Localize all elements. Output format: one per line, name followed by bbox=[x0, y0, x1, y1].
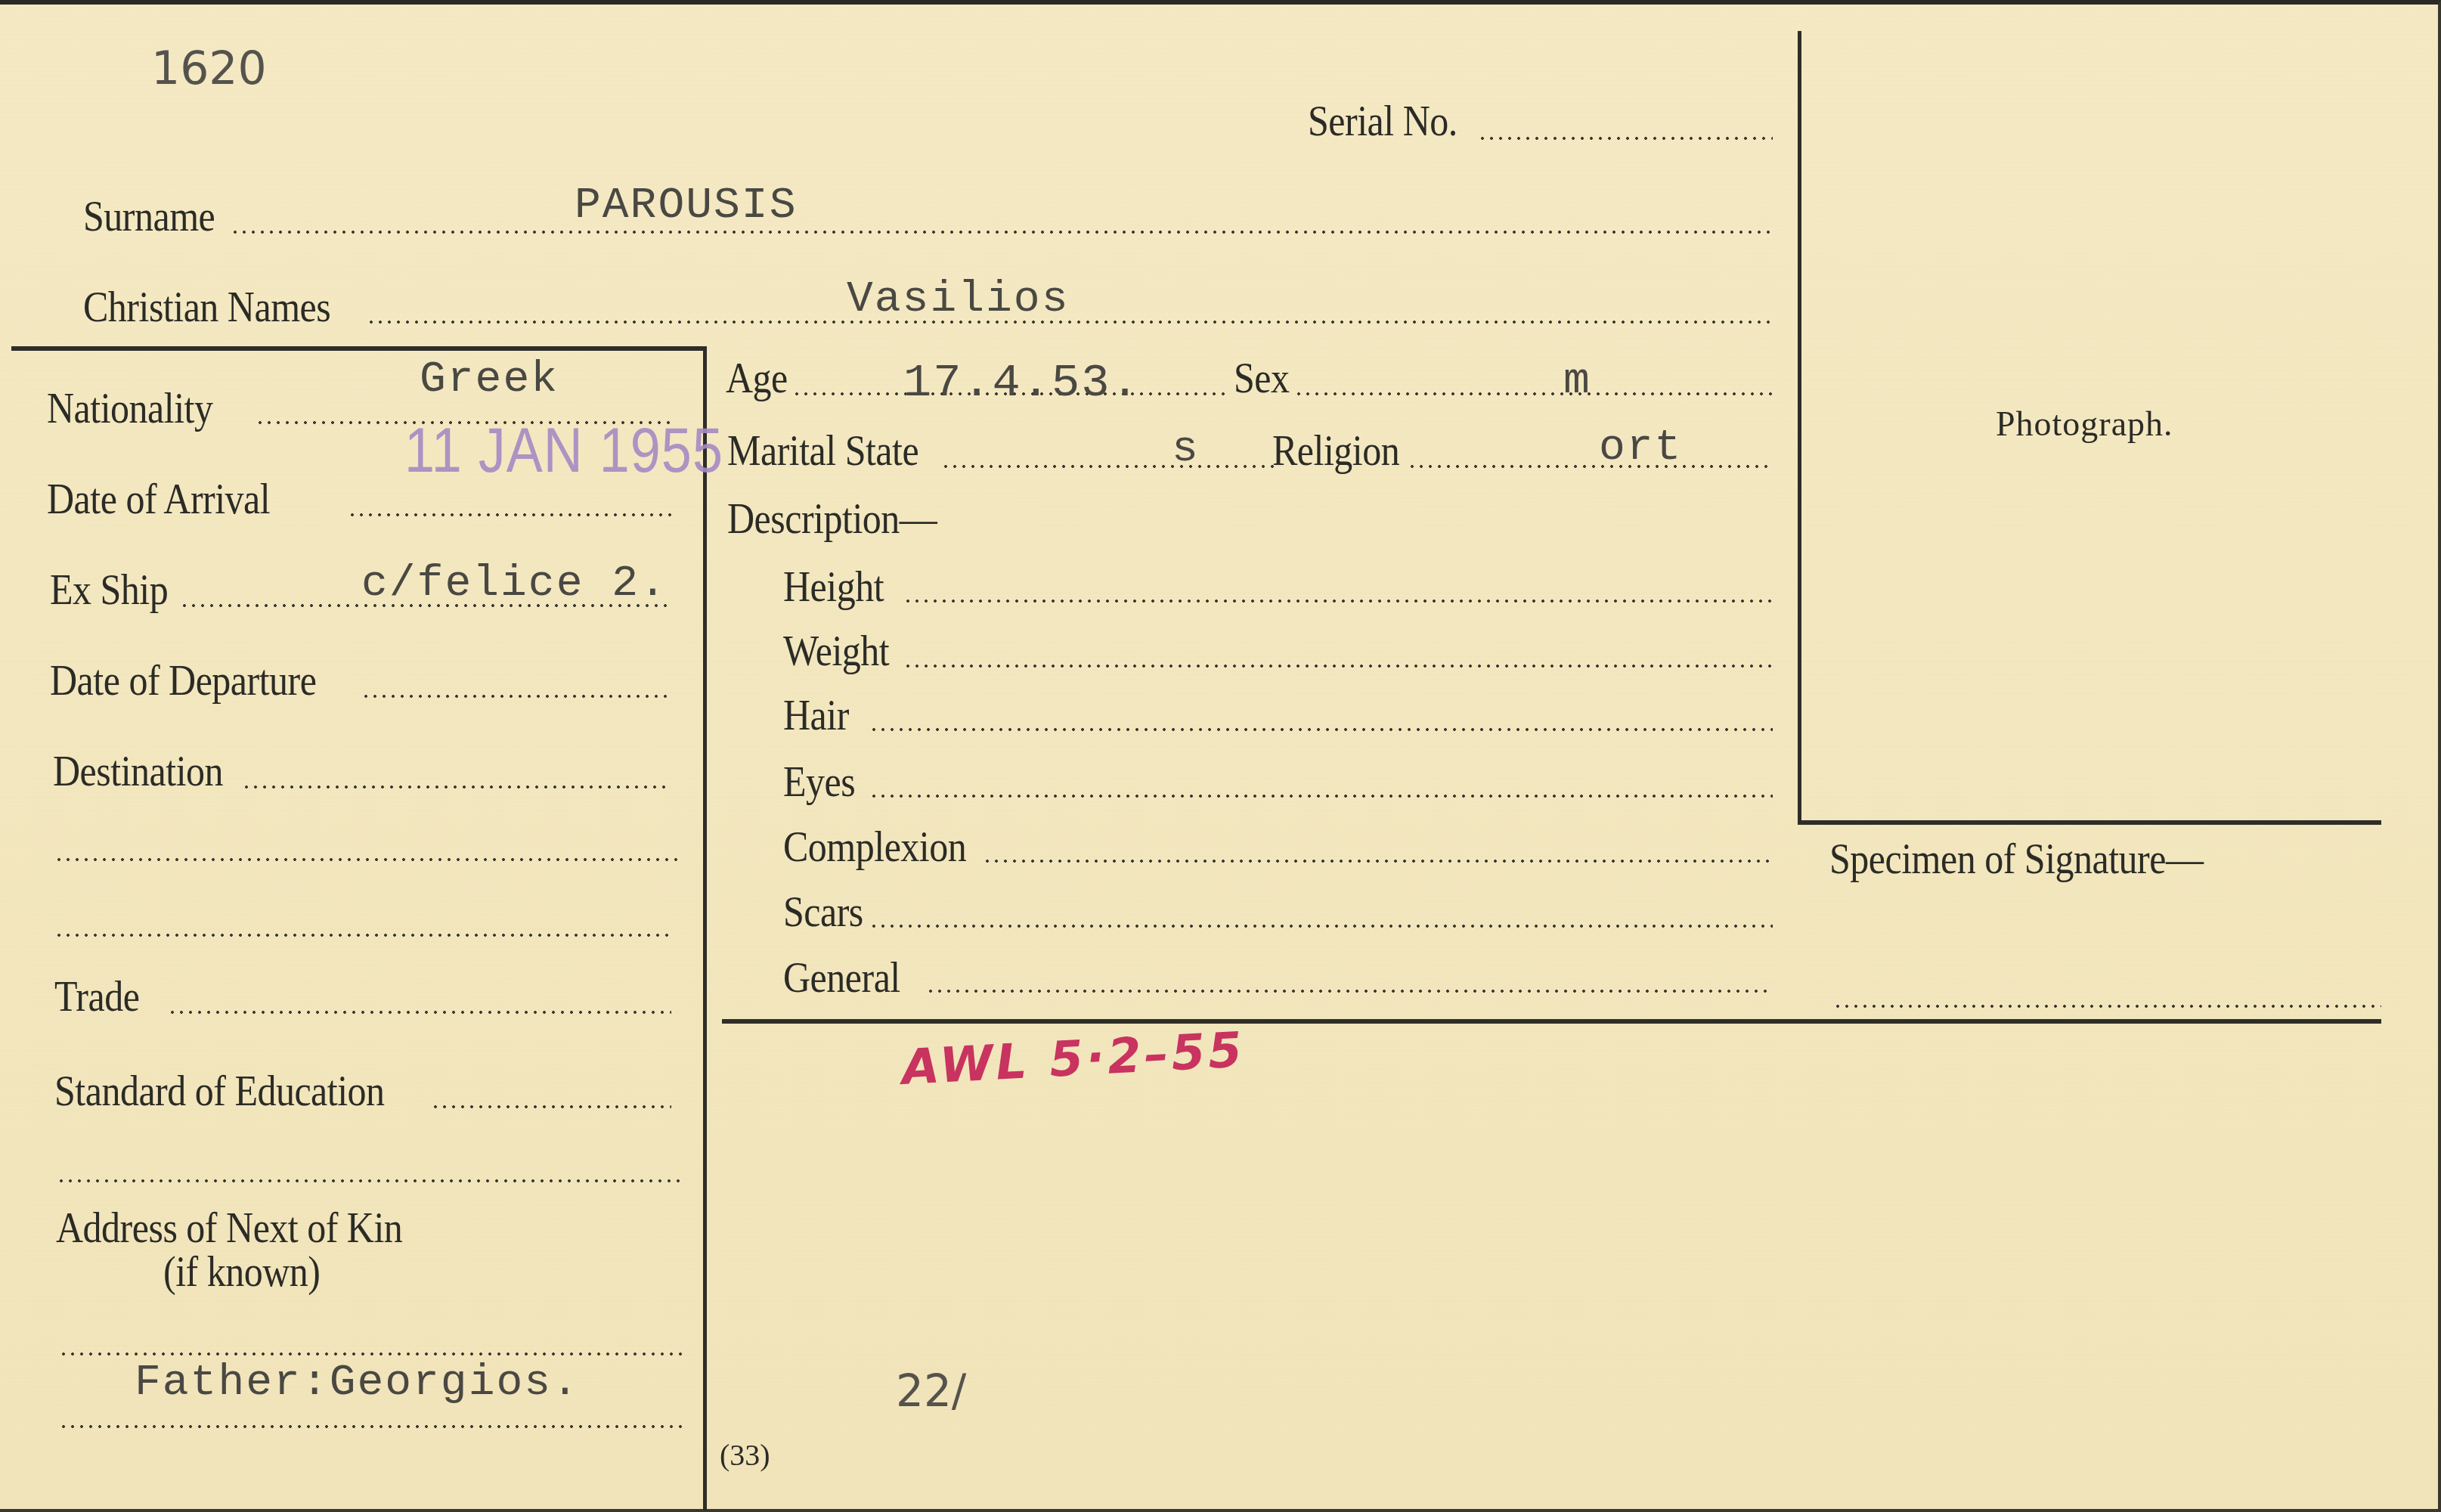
date-of-arrival-field[interactable] bbox=[348, 513, 671, 517]
surname-value: PAROUSIS bbox=[575, 184, 797, 228]
next-of-kin-label: Address of Next of Kin bbox=[56, 1207, 402, 1249]
surname-label: Surname bbox=[83, 195, 215, 237]
description-bottom-border bbox=[722, 1019, 2381, 1024]
signature-field[interactable] bbox=[1833, 1004, 2381, 1009]
next-of-kin-sublabel: (if known) bbox=[163, 1250, 320, 1293]
height-field[interactable] bbox=[903, 599, 1773, 603]
trade-label: Trade bbox=[54, 975, 139, 1018]
card-number: 1620 bbox=[151, 42, 267, 95]
age-label: Age bbox=[726, 357, 788, 399]
serial-no-label: Serial No. bbox=[1308, 100, 1457, 142]
date-of-departure-label: Date of Departure bbox=[50, 659, 316, 702]
surname-field[interactable] bbox=[231, 230, 1773, 234]
christian-names-field[interactable] bbox=[367, 320, 1773, 324]
ex-ship-label: Ex Ship bbox=[50, 569, 168, 611]
photo-box-bottom-border bbox=[1798, 820, 2381, 825]
serial-no-field[interactable] bbox=[1478, 136, 1773, 141]
left-box-top-border bbox=[11, 346, 707, 351]
destination-field-line-3[interactable] bbox=[54, 933, 671, 937]
christian-names-value: Vasilios bbox=[847, 278, 1069, 322]
education-field[interactable] bbox=[431, 1105, 671, 1109]
sex-field[interactable] bbox=[1294, 392, 1773, 396]
eyes-field[interactable] bbox=[869, 794, 1773, 798]
eyes-label: Eyes bbox=[783, 761, 855, 803]
marital-state-label: Marital State bbox=[727, 429, 918, 472]
marital-state-field[interactable] bbox=[941, 464, 1274, 469]
christian-names-label: Christian Names bbox=[83, 286, 330, 328]
complexion-label: Complexion bbox=[783, 826, 966, 868]
general-field[interactable] bbox=[926, 989, 1773, 993]
photo-box-left-border bbox=[1798, 31, 1801, 825]
nationality-label: Nationality bbox=[47, 387, 212, 429]
next-of-kin-field[interactable] bbox=[59, 1352, 683, 1356]
ex-ship-value: c/felice 2. bbox=[361, 562, 668, 606]
red-pen-annotation: AWL 5·2–55 bbox=[900, 1022, 1246, 1096]
religion-value: ort bbox=[1599, 426, 1682, 470]
next-of-kin-field-line-2[interactable] bbox=[59, 1424, 683, 1429]
left-box-divider bbox=[703, 346, 707, 1510]
date-of-departure-field[interactable] bbox=[361, 694, 671, 699]
sex-value: m bbox=[1563, 360, 1591, 404]
nationality-value: Greek bbox=[420, 358, 559, 402]
hair-label: Hair bbox=[783, 694, 849, 736]
complexion-field[interactable] bbox=[983, 859, 1773, 863]
sex-label: Sex bbox=[1234, 357, 1290, 399]
photograph-placeholder: Photograph. bbox=[1996, 404, 2173, 444]
trade-field[interactable] bbox=[168, 1010, 671, 1015]
next-of-kin-value: Father:Georgios. bbox=[135, 1362, 580, 1405]
education-field-line-2[interactable] bbox=[57, 1179, 680, 1183]
age-value: 17.4.53. bbox=[903, 360, 1141, 407]
destination-field-line-2[interactable] bbox=[54, 857, 680, 862]
scars-label: Scars bbox=[783, 891, 863, 933]
religion-label: Religion bbox=[1272, 429, 1399, 472]
destination-field[interactable] bbox=[242, 785, 671, 789]
marital-state-value: s bbox=[1172, 428, 1200, 472]
scars-field[interactable] bbox=[869, 924, 1773, 928]
weight-label: Weight bbox=[783, 630, 889, 672]
religion-field[interactable] bbox=[1408, 464, 1773, 469]
general-label: General bbox=[783, 956, 900, 999]
destination-label: Destination bbox=[53, 750, 223, 792]
ex-ship-field[interactable] bbox=[180, 603, 671, 608]
form-code: (33) bbox=[720, 1437, 770, 1473]
signature-label: Specimen of Signature— bbox=[1829, 838, 2203, 880]
pencil-annotation: 22/ bbox=[896, 1365, 966, 1417]
hair-field[interactable] bbox=[869, 727, 1773, 732]
registration-card: 1620 Serial No. Surname PAROUSIS Christi… bbox=[0, 0, 2441, 1512]
height-label: Height bbox=[783, 565, 884, 608]
education-label: Standard of Education bbox=[54, 1070, 385, 1112]
arrival-date-stamp: 11 JAN 1955 bbox=[404, 420, 723, 482]
date-of-arrival-label: Date of Arrival bbox=[47, 478, 270, 520]
description-label: Description— bbox=[727, 497, 937, 540]
weight-field[interactable] bbox=[903, 664, 1773, 668]
